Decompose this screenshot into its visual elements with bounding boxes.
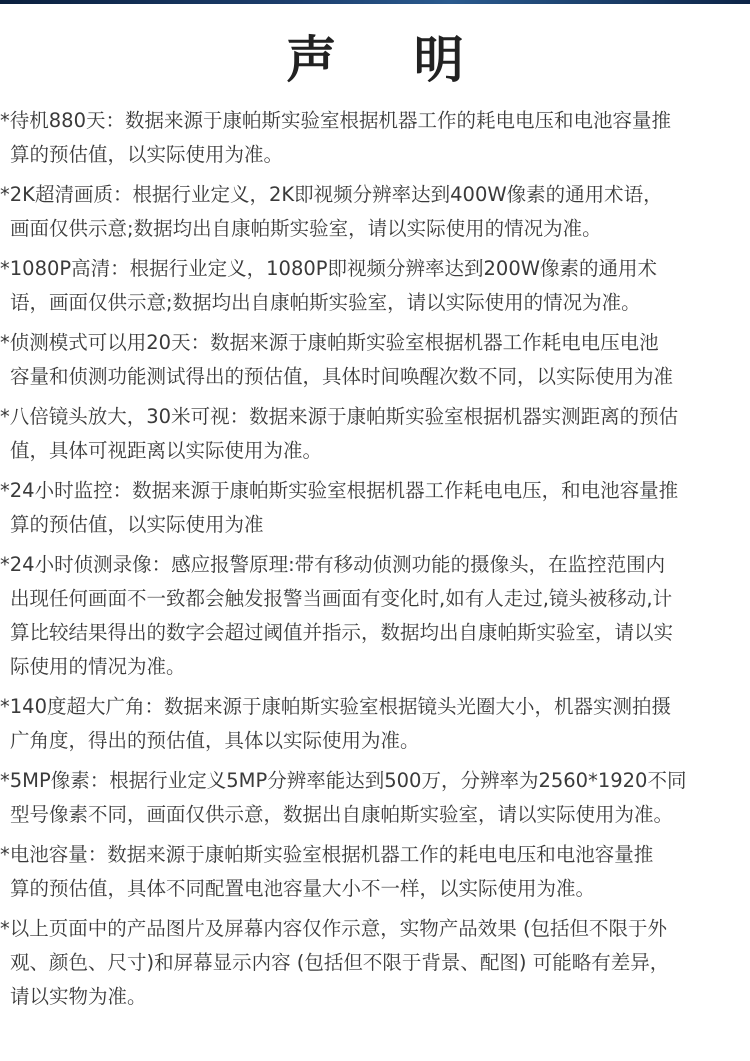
- note-line: *140度超大广角：数据来源于康帕斯实验室根据镜头光圈大小，机器实测拍摄: [0, 690, 744, 724]
- note-line: *侦测模式可以用20天：数据来源于康帕斯实验室根据机器工作耗电电压电池: [0, 326, 744, 360]
- note-line: 算的预估值，以实际使用为准。: [0, 138, 744, 172]
- note-line: 广角度，得出的预估值，具体以实际使用为准。: [0, 724, 744, 758]
- note-line: *24小时监控：数据来源于康帕斯实验室根据机器工作耗电电压，和电池容量推: [0, 474, 744, 508]
- note-detection-mode: *侦测模式可以用20天：数据来源于康帕斯实验室根据机器工作耗电电压电池 容量和侦…: [0, 326, 750, 394]
- note-line: *24小时侦测录像：感应报警原理:带有移动侦测功能的摄像头，在监控范围内: [0, 548, 744, 582]
- top-banner-strip: [0, 0, 750, 4]
- note-line: 请以实物为准。: [0, 980, 744, 1014]
- note-line: 出现任何画面不一致都会触发报警当画面有变化时,如有人走过,镜头被移动,计: [0, 582, 744, 616]
- note-24h-recording: *24小时侦测录像：感应报警原理:带有移动侦测功能的摄像头，在监控范围内 出现任…: [0, 548, 750, 684]
- note-wide-angle: *140度超大广角：数据来源于康帕斯实验室根据镜头光圈大小，机器实测拍摄 广角度…: [0, 690, 750, 758]
- note-line: 观、颜色、尺寸)和屏幕显示内容 (包括但不限于背景、配图) 可能略有差异，: [0, 946, 744, 980]
- note-line: 算的预估值，以实际使用为准: [0, 508, 744, 542]
- disclaimer-notes: *待机880天：数据来源于康帕斯实验室根据机器工作的耗电电压和电池容量推 算的预…: [0, 104, 750, 1020]
- note-line: 语，画面仅供示意;数据均出自康帕斯实验室，请以实际使用的情况为准。: [0, 286, 744, 320]
- note-2k: *2K超清画质：根据行业定义，2K即视频分辨率达到400W像素的通用术语， 画面…: [0, 178, 750, 246]
- note-line: 画面仅供示意;数据均出自康帕斯实验室，请以实际使用的情况为准。: [0, 212, 744, 246]
- note-line: *2K超清画质：根据行业定义，2K即视频分辨率达到400W像素的通用术语，: [0, 178, 744, 212]
- note-5mp: *5MP像素：根据行业定义5MP分辨率能达到500万，分辨率为2560*1920…: [0, 764, 750, 832]
- note-line: 际使用的情况为准。: [0, 650, 744, 684]
- page-title: 声 明: [0, 28, 750, 92]
- note-line: *八倍镜头放大，30米可视：数据来源于康帕斯实验室根据机器实测距离的预估: [0, 400, 744, 434]
- note-line: *5MP像素：根据行业定义5MP分辨率能达到500万，分辨率为2560*1920…: [0, 764, 744, 798]
- note-line: *1080P高清：根据行业定义，1080P即视频分辨率达到200W像素的通用术: [0, 252, 744, 286]
- note-line: 型号像素不同，画面仅供示意，数据出自康帕斯实验室，请以实际使用为准。: [0, 798, 744, 832]
- note-line: 算的预估值，具体不同配置电池容量大小不一样，以实际使用为准。: [0, 872, 744, 906]
- note-line: *待机880天：数据来源于康帕斯实验室根据机器工作的耗电电压和电池容量推: [0, 104, 744, 138]
- note-line: *电池容量：数据来源于康帕斯实验室根据机器工作的耗电电压和电池容量推: [0, 838, 744, 872]
- note-line: 容量和侦测功能测试得出的预估值，具体时间唤醒次数不同，以实际使用为准: [0, 360, 744, 394]
- note-24h-monitor: *24小时监控：数据来源于康帕斯实验室根据机器工作耗电电压，和电池容量推 算的预…: [0, 474, 750, 542]
- note-standby: *待机880天：数据来源于康帕斯实验室根据机器工作的耗电电压和电池容量推 算的预…: [0, 104, 750, 172]
- note-1080p: *1080P高清：根据行业定义，1080P即视频分辨率达到200W像素的通用术 …: [0, 252, 750, 320]
- note-zoom: *八倍镜头放大，30米可视：数据来源于康帕斯实验室根据机器实测距离的预估 值，具…: [0, 400, 750, 468]
- note-line: 算比较结果得出的数字会超过阈值并指示，数据均出自康帕斯实验室，请以实: [0, 616, 744, 650]
- note-battery: *电池容量：数据来源于康帕斯实验室根据机器工作的耗电电压和电池容量推 算的预估值…: [0, 838, 750, 906]
- note-product-images: *以上页面中的产品图片及屏幕内容仅作示意，实物产品效果 (包括但不限于外 观、颜…: [0, 912, 750, 1014]
- note-line: *以上页面中的产品图片及屏幕内容仅作示意，实物产品效果 (包括但不限于外: [0, 912, 744, 946]
- note-line: 值，具体可视距离以实际使用为准。: [0, 434, 744, 468]
